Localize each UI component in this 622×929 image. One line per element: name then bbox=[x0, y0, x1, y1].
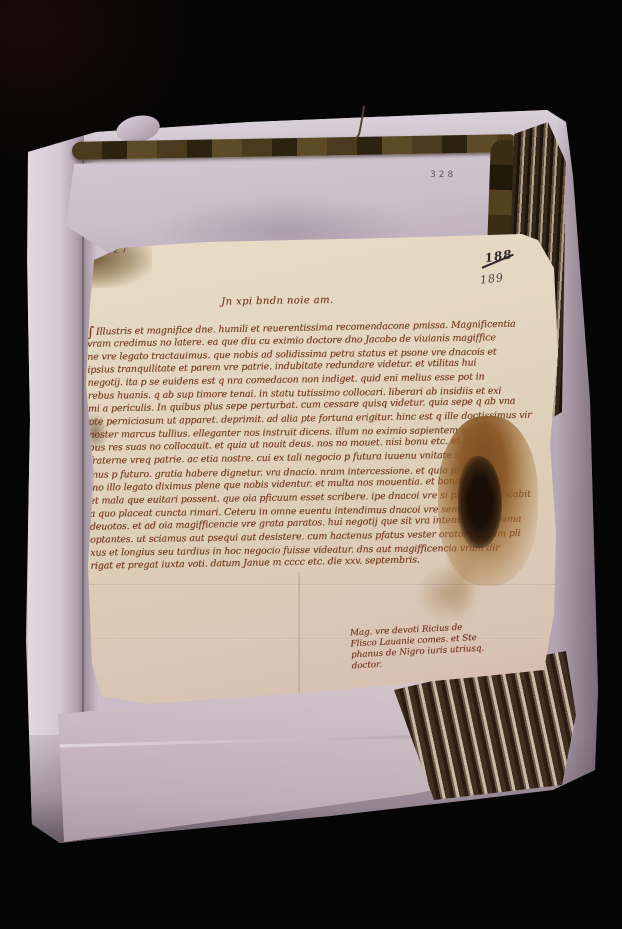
page-number-328: 328 bbox=[430, 170, 456, 180]
photograph-of-manuscript: 328 327 188 189 Jn xpi bndn noie am. ∫Il… bbox=[0, 0, 622, 929]
burn-hole bbox=[458, 456, 502, 548]
archival-number-189: 189 bbox=[479, 271, 504, 287]
letter-signature: Mag. vre devoti Ricius deFlisco Lauanie … bbox=[350, 620, 512, 672]
letter-invocation-heading: Jn xpi bndn noie am. bbox=[207, 295, 347, 308]
manuscript-letter: 327 188 189 Jn xpi bndn noie am. ∫Illust… bbox=[86, 234, 560, 708]
